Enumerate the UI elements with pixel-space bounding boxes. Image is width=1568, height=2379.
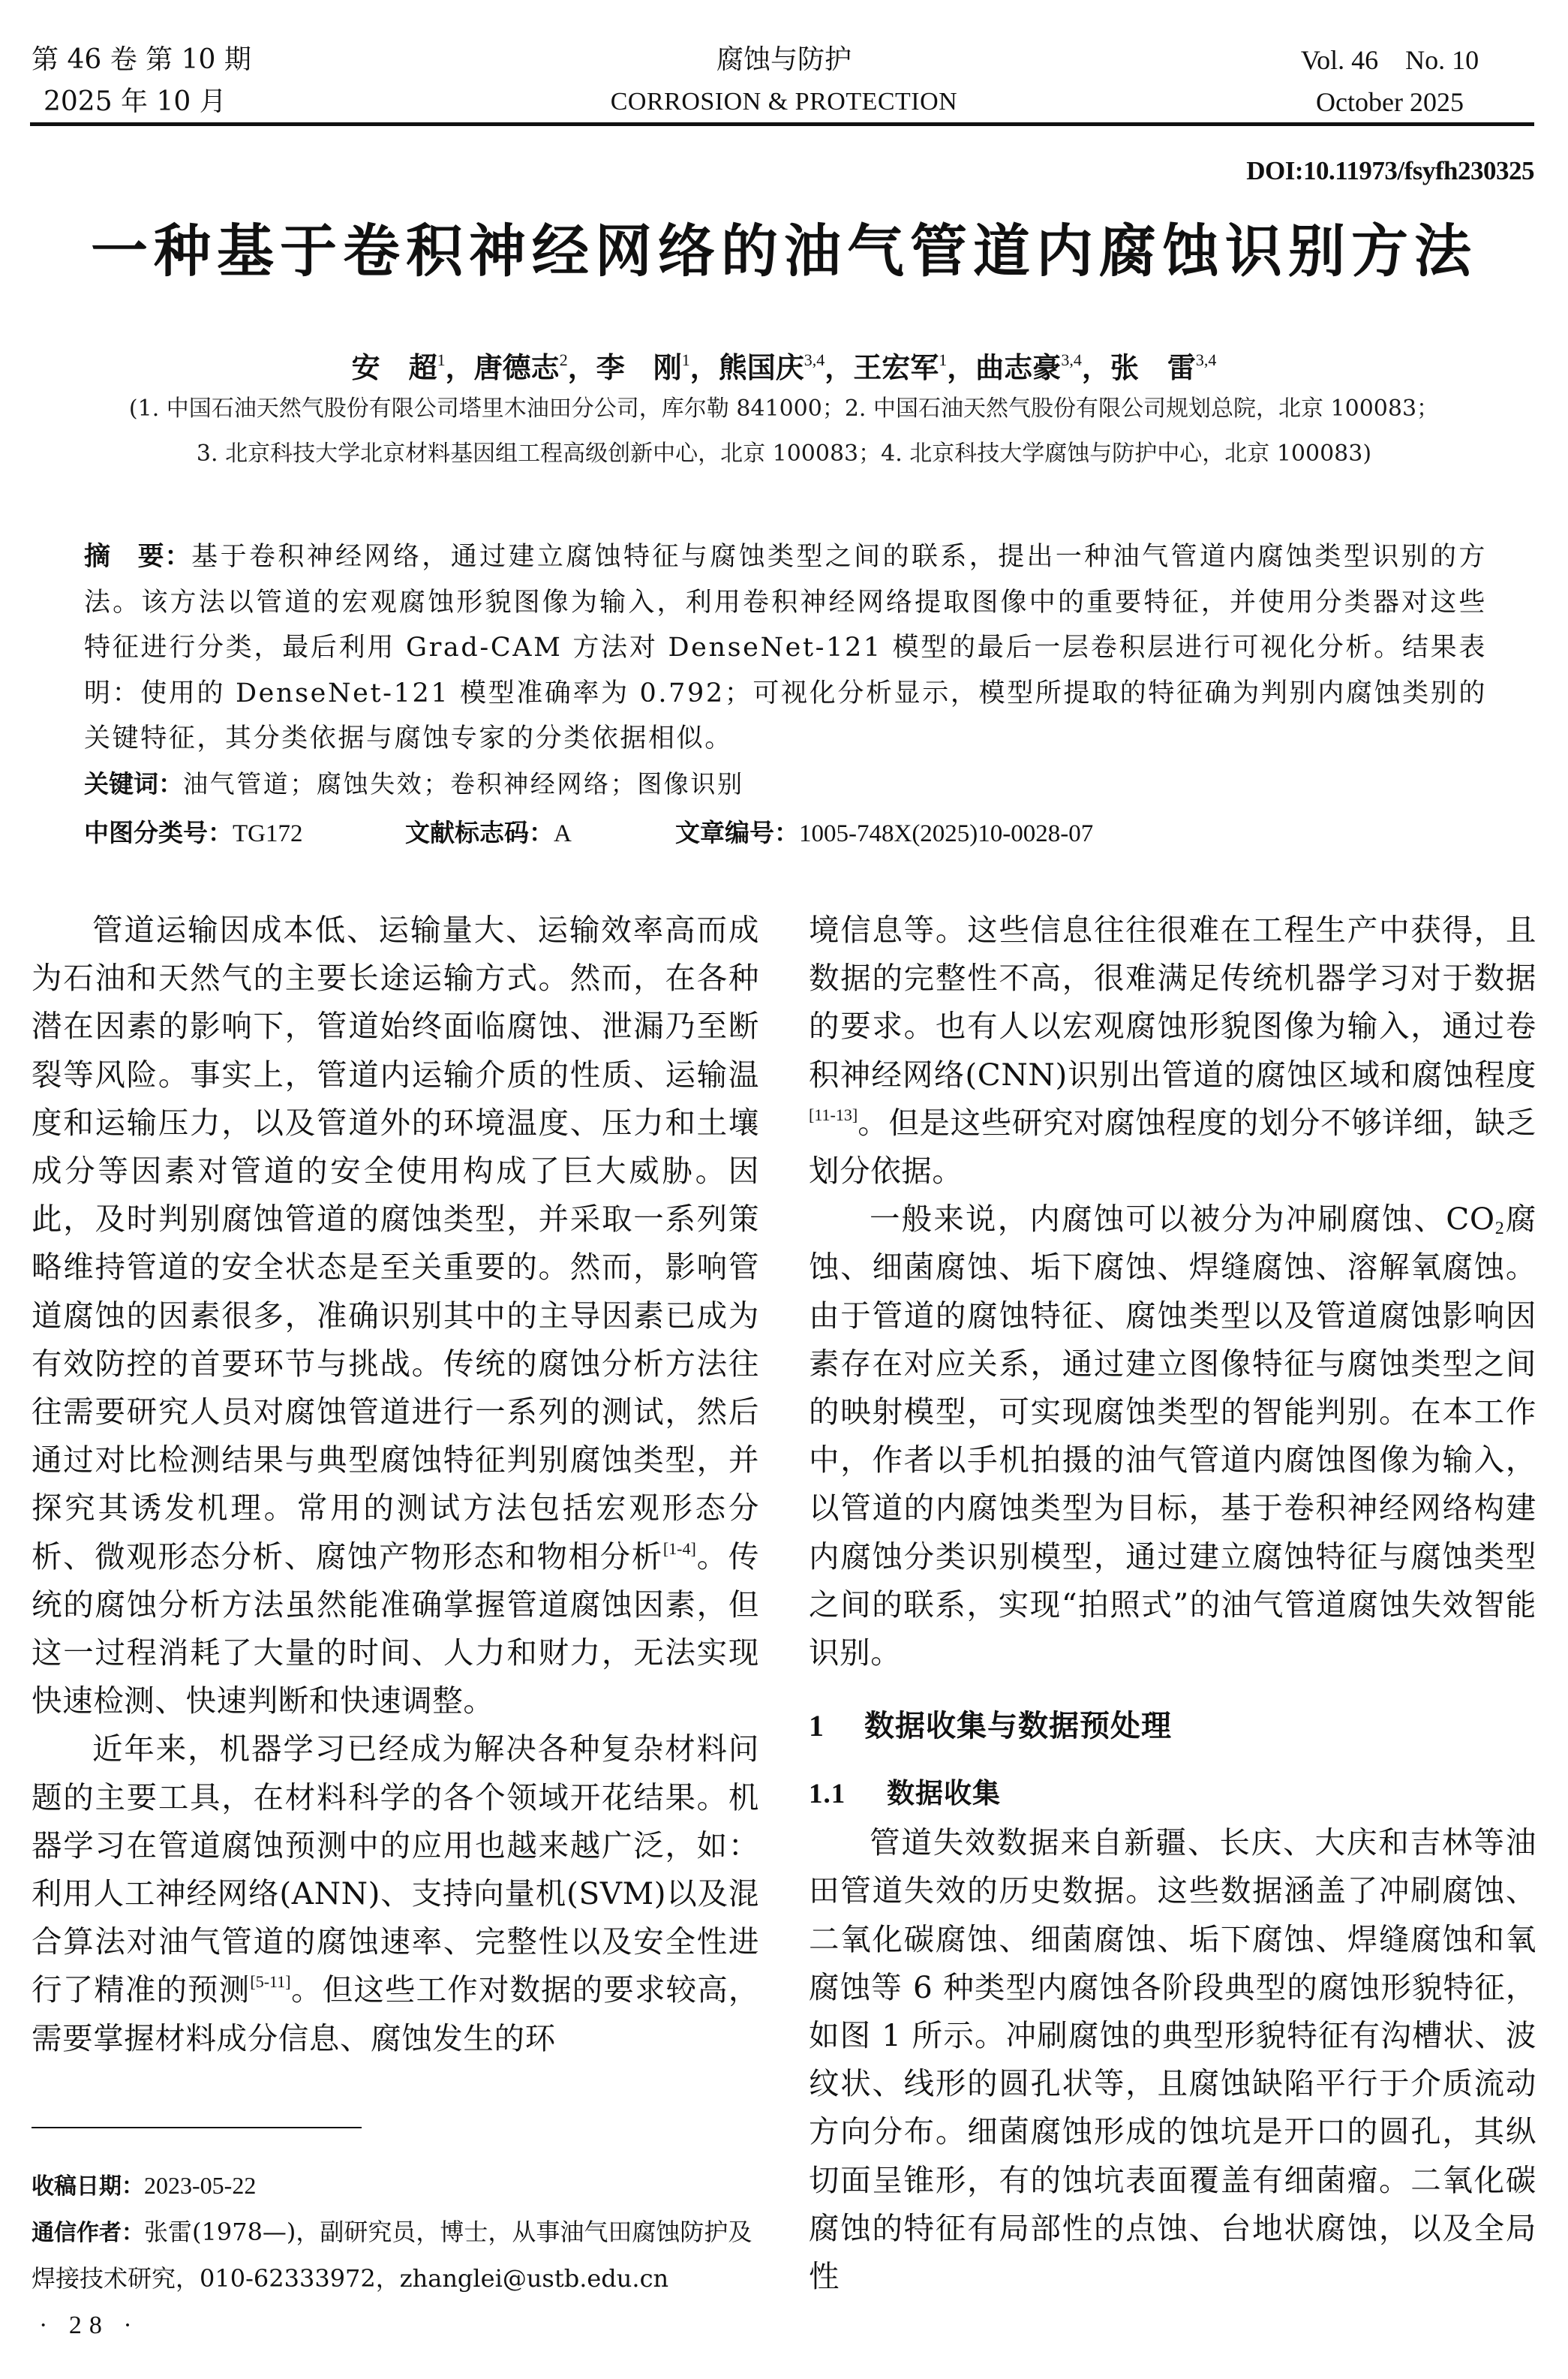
article-title: 一种基于卷积神经网络的油气管道内腐蚀识别方法 <box>0 214 1568 289</box>
journal-name-cn: 腐蚀与防护 <box>484 39 1084 81</box>
citation[interactable]: [1-4] <box>663 1539 696 1558</box>
author: 张 雷3,4 <box>1110 351 1217 384</box>
keywords-label: 关键词： <box>84 769 183 799</box>
date-en: October 2025 <box>1245 81 1534 123</box>
volume-issue-en: Vol. 46 No. 10 <box>1245 39 1534 81</box>
article-number: 文章编号：1005-748X(2025)10-0028-07 <box>675 811 1093 856</box>
paragraph: 管道运输因成本低、运输量大、运输效率高而成为石油和天然气的主要长途运输方式。然而… <box>32 906 759 1725</box>
keywords-text: 油气管道；腐蚀失效；卷积神经网络；图像识别 <box>183 769 744 799</box>
running-header-left: 第 46 卷 第 10 期 2025 年 10 月 <box>32 39 332 123</box>
corresponding-author: 通信作者：张雷(1978—)，副研究员，博士，从事油气田腐蚀防护及焊接技术研究，… <box>32 2209 763 2301</box>
keywords: 关键词：油气管道；腐蚀失效；卷积神经网络；图像识别 <box>84 762 1487 807</box>
document-code: 文献标志码：A <box>405 811 675 856</box>
affiliation-marker: 1 <box>437 350 446 369</box>
affiliations-line-1: (1. 中国石油天然气股份有限公司塔里木油田分公司，库尔勒 841000；2. … <box>30 386 1538 432</box>
citation[interactable]: [5-11] <box>250 1972 290 1991</box>
affiliations-line-2: 3. 北京科技大学北京材料基因组工程高级创新中心，北京 100083；4. 北京… <box>30 432 1538 477</box>
author: 曲志豪3,4 <box>975 351 1082 384</box>
volume-issue-cn: 第 46 卷 第 10 期 <box>32 39 332 81</box>
classification-row: 中图分类号：TG172文献标志码：A文章编号：1005-748X(2025)10… <box>84 811 1487 856</box>
footnotes: 收稿日期：2023-05-22 通信作者：张雷(1978—)，副研究员，博士，从… <box>32 2163 763 2301</box>
body-column-left: 管道运输因成本低、运输量大、运输效率高而成为石油和天然气的主要长途运输方式。然而… <box>32 906 759 2062</box>
affiliation-marker: 3,4 <box>1196 350 1217 369</box>
subscript: 2 <box>1495 1219 1505 1238</box>
separator: ， <box>947 351 975 384</box>
separator: ， <box>825 351 853 384</box>
affiliation-marker: 3,4 <box>804 350 825 369</box>
date-cn: 2025 年 10 月 <box>32 81 332 123</box>
body-column-right: 境信息等。这些信息往往很难在工程生产中获得，且数据的完整性不高，很难满足传统机器… <box>809 906 1536 2300</box>
separator: ， <box>690 351 719 384</box>
paragraph: 近年来，机器学习已经成为解决各种复杂材料问题的主要工具，在材料科学的各个领域开花… <box>32 1725 759 2062</box>
running-header-center: 腐蚀与防护 CORROSION & PROTECTION <box>484 39 1084 123</box>
page-number: · 28 · <box>39 2311 140 2340</box>
separator: ， <box>568 351 596 384</box>
author: 安 超1 <box>352 351 446 384</box>
author-list: 安 超1，唐德志2，李 刚1，熊国庆3,4，王宏军1，曲志豪3,4，张 雷3,4 <box>0 347 1568 389</box>
affiliation-marker: 1 <box>939 350 947 369</box>
author: 李 刚1 <box>596 351 690 384</box>
separator: ， <box>446 351 474 384</box>
separator: ， <box>1082 351 1110 384</box>
doi[interactable]: DOI:10.11973/fsyfh230325 <box>1246 156 1534 186</box>
section-heading-1: 1数据收集与数据预处理 <box>809 1702 1536 1750</box>
section-heading-1-1: 1.1数据收集 <box>809 1770 1536 1818</box>
author: 王宏军1 <box>853 351 947 384</box>
paragraph: 境信息等。这些信息往往很难在工程生产中获得，且数据的完整性不高，很难满足传统机器… <box>809 906 1536 1195</box>
paragraph: 管道失效数据来自新疆、长庆、大庆和吉林等油田管道失效的历史数据。这些数据涵盖了冲… <box>809 1818 1536 2300</box>
abstract-label: 摘 要： <box>84 542 191 572</box>
affiliation-marker: 3,4 <box>1061 350 1082 369</box>
running-header-right: Vol. 46 No. 10 October 2025 <box>1245 39 1534 123</box>
abstract-text: 基于卷积神经网络，通过建立腐蚀特征与腐蚀类型之间的联系，提出一种油气管道内腐蚀类… <box>84 542 1487 753</box>
received-date: 收稿日期：2023-05-22 <box>32 2163 763 2209</box>
clc-number: 中图分类号：TG172 <box>84 811 405 856</box>
journal-name-en: CORROSION & PROTECTION <box>484 81 1084 123</box>
affiliation-marker: 2 <box>560 350 568 369</box>
paragraph: 一般来说，内腐蚀可以被分为冲刷腐蚀、CO2腐蚀、细菌腐蚀、垢下腐蚀、焊缝腐蚀、溶… <box>809 1195 1536 1677</box>
footnote-rule <box>32 2127 362 2128</box>
header-rule <box>30 122 1534 126</box>
affiliation-marker: 1 <box>682 350 690 369</box>
abstract: 摘 要：基于卷积神经网络，通过建立腐蚀特征与腐蚀类型之间的联系，提出一种油气管道… <box>84 534 1487 762</box>
author: 唐德志2 <box>474 351 568 384</box>
author: 熊国庆3,4 <box>719 351 825 384</box>
citation[interactable]: [11-13] <box>809 1105 858 1124</box>
